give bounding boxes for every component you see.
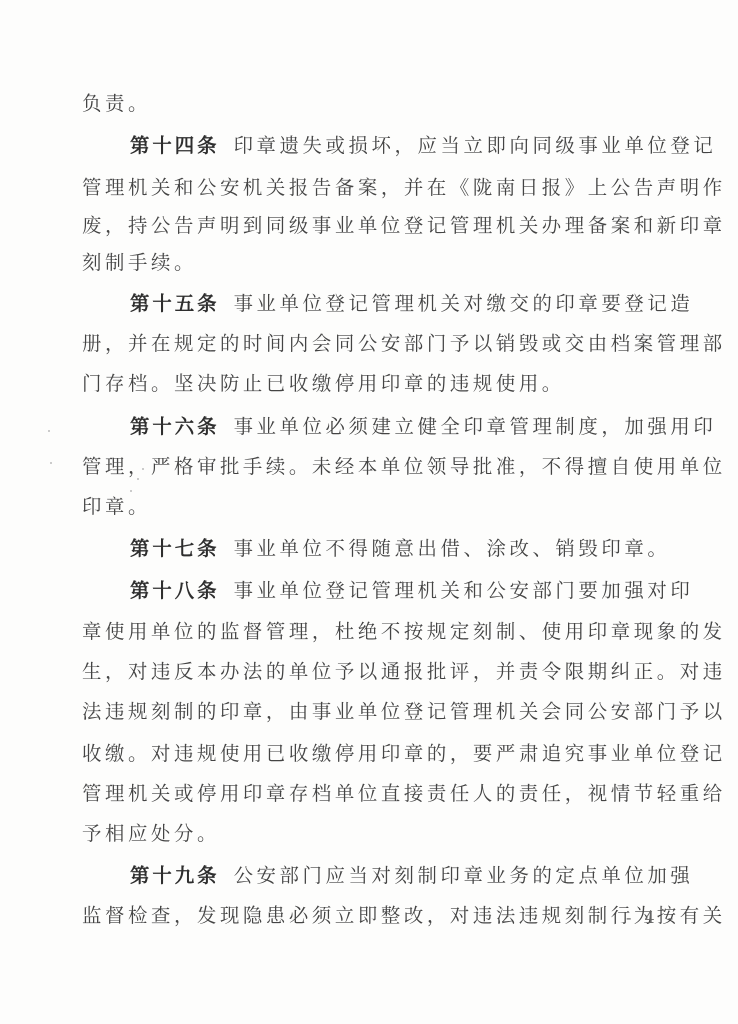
line-text: 予相应处分。 [82,822,220,845]
scan-speck [130,490,132,492]
text-line: 管理机关或停用印章存档单位直接责任人的责任，视情节轻重给 [82,782,682,806]
text-line: 册，并在规定的时间内会同公安部门予以销毁或交由档案管理部 [82,332,682,356]
article-heading-line: 第十六条事业单位必须建立健全印章管理制度，加强用印 [130,415,682,439]
article-number: 第十九条 [130,864,220,887]
line-text: 印章。 [82,495,151,518]
article-number: 第十七条 [130,537,220,560]
line-text: 刻制手续。 [82,251,197,274]
scan-speck [137,478,139,480]
line-text: 管理机关和公安机关报告备案，并在《陇南日报》上公告声明作 [82,176,726,199]
article-number: 第十五条 [130,292,220,315]
text-line: 收缴。对违规使用已收缴停用印章的，要严肃追究事业单位登记 [82,742,682,766]
text-line: 章使用单位的监督管理，杜绝不按规定刻制、使用印章现象的发 [82,620,682,644]
line-text: 事业单位必须建立健全印章管理制度，加强用印 [234,415,717,438]
article-number: 第十四条 [130,134,220,157]
page-number: - 4 - [626,908,677,927]
line-text: 法违规刻制的印章，由事业单位登记管理机关会同公安部门予以 [82,700,726,723]
article-heading-line: 第十五条事业单位登记管理机关对缴交的印章要登记造 [130,292,682,316]
text-line: 法违规刻制的印章，由事业单位登记管理机关会同公安部门予以 [82,700,682,724]
text-line: 予相应处分。 [82,822,682,846]
line-text: 负责。 [82,92,151,115]
text-line: 废，持公告声明到同级事业单位登记管理机关办理备案和新印章 [82,214,682,238]
line-text: 印章遗失或损坏，应当立即向同级事业单位登记 [234,134,717,157]
scan-speck [142,468,144,470]
line-text: 册，并在规定的时间内会同公安部门予以销毁或交由档案管理部 [82,332,726,355]
text-line: 监督检查，发现隐患必须立即整改，对违法违规刻制行为按有关 [82,904,682,928]
article-number: 第十六条 [130,415,220,438]
document-page: 负责。第十四条印章遗失或损坏，应当立即向同级事业单位登记管理机关和公安机关报告备… [0,0,738,1024]
text-line: 刻制手续。 [82,251,682,275]
article-number: 第十八条 [130,579,220,602]
scan-speck [48,430,50,432]
text-line: 管理机关和公安机关报告备案，并在《陇南日报》上公告声明作 [82,176,682,200]
line-text: 管理，严格审批手续。未经本单位领导批准，不得擅自使用单位 [82,455,726,478]
line-text: 生，对违反本办法的单位予以通报批评，并责令限期纠正。对违 [82,660,726,683]
article-heading-line: 第十九条公安部门应当对刻制印章业务的定点单位加强 [130,864,682,888]
article-heading-line: 第十四条印章遗失或损坏，应当立即向同级事业单位登记 [130,134,682,158]
scan-speck [50,462,52,464]
line-text: 收缴。对违规使用已收缴停用印章的，要严肃追究事业单位登记 [82,742,726,765]
line-text: 公安部门应当对刻制印章业务的定点单位加强 [234,864,694,887]
line-text: 事业单位登记管理机关对缴交的印章要登记造 [234,292,694,315]
line-text: 事业单位登记管理机关和公安部门要加强对印 [234,579,694,602]
article-heading-line: 第十七条事业单位不得随意出借、涂改、销毁印章。 [130,537,682,561]
text-line: 门存档。坚决防止已收缴停用印章的违规使用。 [82,372,682,396]
line-text: 废，持公告声明到同级事业单位登记管理机关办理备案和新印章 [82,214,726,237]
line-text: 管理机关或停用印章存档单位直接责任人的责任，视情节轻重给 [82,782,726,805]
text-line: 管理，严格审批手续。未经本单位领导批准，不得擅自使用单位 [82,455,682,479]
text-line: 生，对违反本办法的单位予以通报批评，并责令限期纠正。对违 [82,660,682,684]
line-text: 章使用单位的监督管理，杜绝不按规定刻制、使用印章现象的发 [82,620,726,643]
line-text: 事业单位不得随意出借、涂改、销毁印章。 [234,537,671,560]
line-text: 门存档。坚决防止已收缴停用印章的违规使用。 [82,372,565,395]
text-line: 负责。 [82,92,682,116]
text-line: 印章。 [82,495,682,519]
article-heading-line: 第十八条事业单位登记管理机关和公安部门要加强对印 [130,579,682,603]
